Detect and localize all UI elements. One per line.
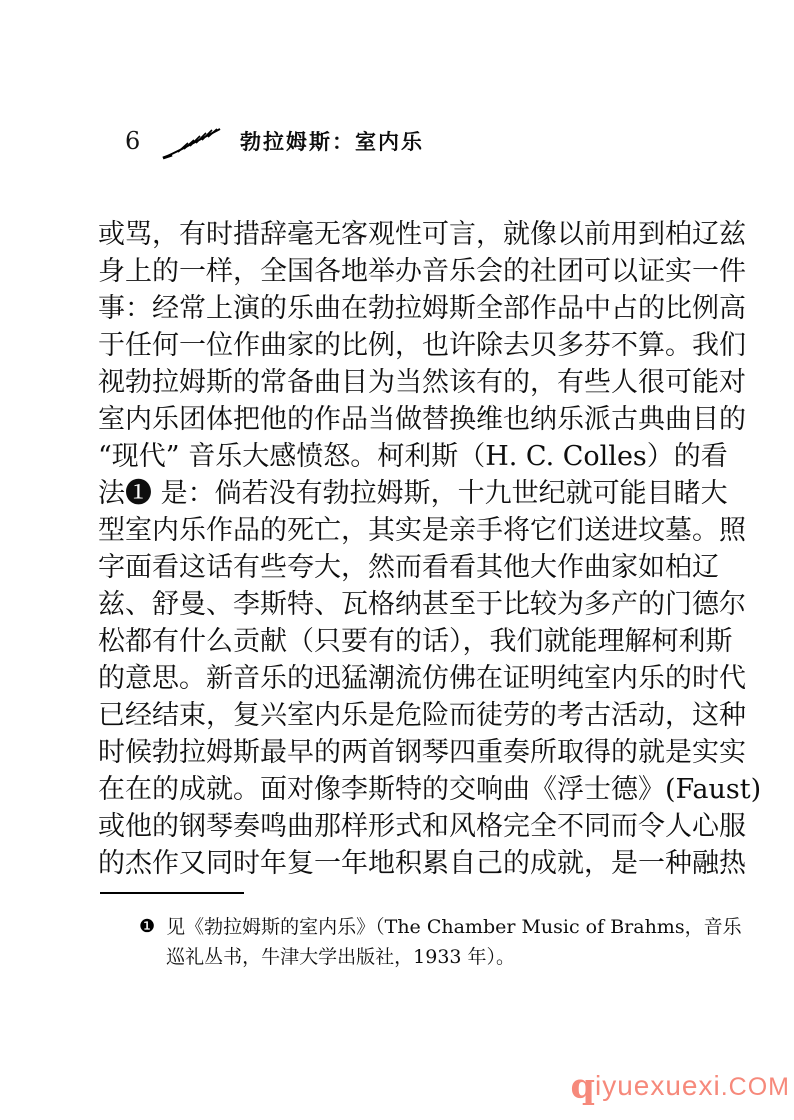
text-line: 身上的一样，全国各地举办音乐会的社团可以证实一件 (98, 253, 688, 290)
footnote-line: 见《勃拉姆斯的室内乐》（The Chamber Music of Brahms，… (166, 912, 741, 942)
page-number: 6 (125, 128, 140, 154)
page-title: 勃拉姆斯：室内乐 (240, 126, 424, 156)
footnote-line: 巡礼丛书，牛津大学出版社，1933 年）。 (166, 942, 741, 972)
text-line: 或骂，有时措辞毫无客观性可言，就像以前用到柏辽兹 (98, 216, 688, 253)
text-line: 的意思。新音乐的迅猛潮流仿佛在证明纯室内乐的时代 (98, 660, 688, 697)
text-line: 或他的钢琴奏鸣曲那样形式和风格完全不同而令人心服 (98, 808, 688, 845)
text-line: 在在的成就。面对像李斯特的交响曲《浮士德》(Faust) (98, 771, 688, 808)
text-line: 法❶ 是：倘若没有勃拉姆斯，十九世纪就可能目睹大 (98, 475, 688, 512)
text-line: 型室内乐作品的死亡，其实是亲手将它们送进坟墓。照 (98, 512, 688, 549)
watermark-middle: iyuexuexi (595, 1070, 721, 1101)
watermark-prefix: q (571, 1066, 595, 1107)
footnote-marker: ❶ (139, 912, 155, 942)
watermark-suffix: .COM (721, 1073, 790, 1101)
body-paragraph: 或骂，有时措辞毫无客观性可言，就像以前用到柏辽兹身上的一样，全国各地举办音乐会的… (98, 216, 688, 882)
watermark: qiyuexuexi.COM (571, 1069, 791, 1104)
text-line: 字面看这话有些夸大，然而看看其他大作曲家如柏辽 (98, 549, 688, 586)
text-line: 已经结束，复兴室内乐是危险而徒劳的考古活动，这种 (98, 697, 688, 734)
footnote: ❶ 见《勃拉姆斯的室内乐》（The Chamber Music of Brahm… (139, 912, 684, 972)
text-line: 时候勃拉姆斯最早的两首钢琴四重奏所取得的就是实实 (98, 734, 688, 771)
footnote-divider (100, 892, 244, 894)
text-line: 于任何一位作曲家的比例，也许除去贝多芬不算。我们 (98, 327, 688, 364)
text-line: 松都有什么贡献（只要有的话），我们就能理解柯利斯 (98, 623, 688, 660)
footnote-text: 见《勃拉姆斯的室内乐》（The Chamber Music of Brahms，… (166, 912, 741, 972)
text-line: 兹、舒曼、李斯特、瓦格纳甚至于比较为多产的门德尔 (98, 586, 688, 623)
text-line: 室内乐团体把他的作品当做替换维也纳乐派古典曲目的 (98, 401, 688, 438)
text-line: 视勃拉姆斯的常备曲目为当然该有的，有些人很可能对 (98, 364, 688, 401)
text-line: “现代” 音乐大感愤怒。柯利斯（H. C. Colles）的看 (98, 438, 688, 475)
quill-icon (160, 124, 226, 162)
text-line: 事：经常上演的乐曲在勃拉姆斯全部作品中占的比例高 (98, 290, 688, 327)
text-line: 的杰作又同时年复一年地积累自己的成就，是一种融热 (98, 845, 688, 882)
running-head: 6 勃拉姆斯：室内乐 (0, 122, 794, 162)
book-page: 6 勃拉姆斯：室内乐 或骂，有时措辞毫无客观性可言，就像以前用到柏辽兹身上的一样… (0, 0, 794, 1120)
